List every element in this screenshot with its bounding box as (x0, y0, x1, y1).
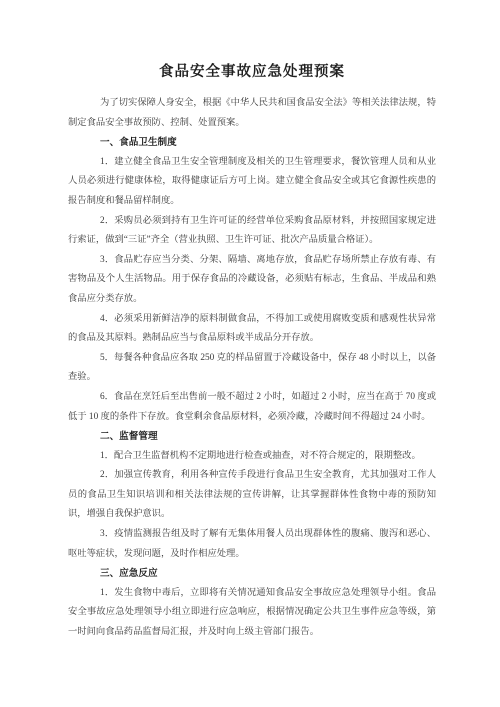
section-1-item-1: 1．建立健全食品卫生安全管理制度及相关的卫生管理要求，餐饮管理人员和从业人员必须… (68, 153, 436, 212)
section-heading-food-hygiene: 一、食品卫生制度 (68, 133, 436, 153)
section-3-item-1: 1．发生食物中毒后，立即将有关情况通知食品安全事故应急处理领导小组。食品安全事故… (68, 584, 436, 643)
section-1-item-6: 6．食品在烹饪后至出售前一般不超过 2 小时，如超过 2 小时，应当在高于 70… (68, 388, 436, 427)
section-2-item-2: 2．加强宣传教育，利用各种宣传手段进行食品卫生安全教育，尤其加强对工作人员的食品… (68, 466, 436, 525)
section-1-item-5: 5．每餐各种食品应各取 250 克的样品留置于冷藏设备中，保存 48 小时以上，… (68, 349, 436, 388)
section-heading-emergency-response: 三、应急反应 (68, 564, 436, 584)
section-2-item-3: 3．疫情监测报告组及时了解有无集体用餐人员出现群体性的腹痛、腹泻和恶心、呕吐等症… (68, 525, 436, 564)
section-1-item-2: 2．采购员必须到持有卫生许可证的经营单位采购食品原材料，并按照国家规定进行索证，… (68, 212, 436, 251)
section-heading-supervision: 二、监督管理 (68, 427, 436, 447)
intro-paragraph: 为了切实保障人身安全，根据《中华人民共和国食品安全法》等相关法律法规，特制定食品… (68, 94, 436, 133)
section-1-item-4: 4．必须采用新鲜洁净的原料制做食品，不得加工或使用腐败变质和感观性状异常的食品及… (68, 310, 436, 349)
section-2-item-1: 1．配合卫生监督机构不定期地进行检查或抽查，对不符合规定的，限期整改。 (68, 447, 436, 467)
document-page: 食品安全事故应急处理预案 为了切实保障人身安全，根据《中华人民共和国食品安全法》… (0, 0, 500, 707)
document-title: 食品安全事故应急处理预案 (68, 58, 436, 86)
section-1-item-3: 3．食品贮存应当分类、分架、隔墙、离地存放，食品贮存场所禁止存放有毒、有害物品及… (68, 251, 436, 310)
